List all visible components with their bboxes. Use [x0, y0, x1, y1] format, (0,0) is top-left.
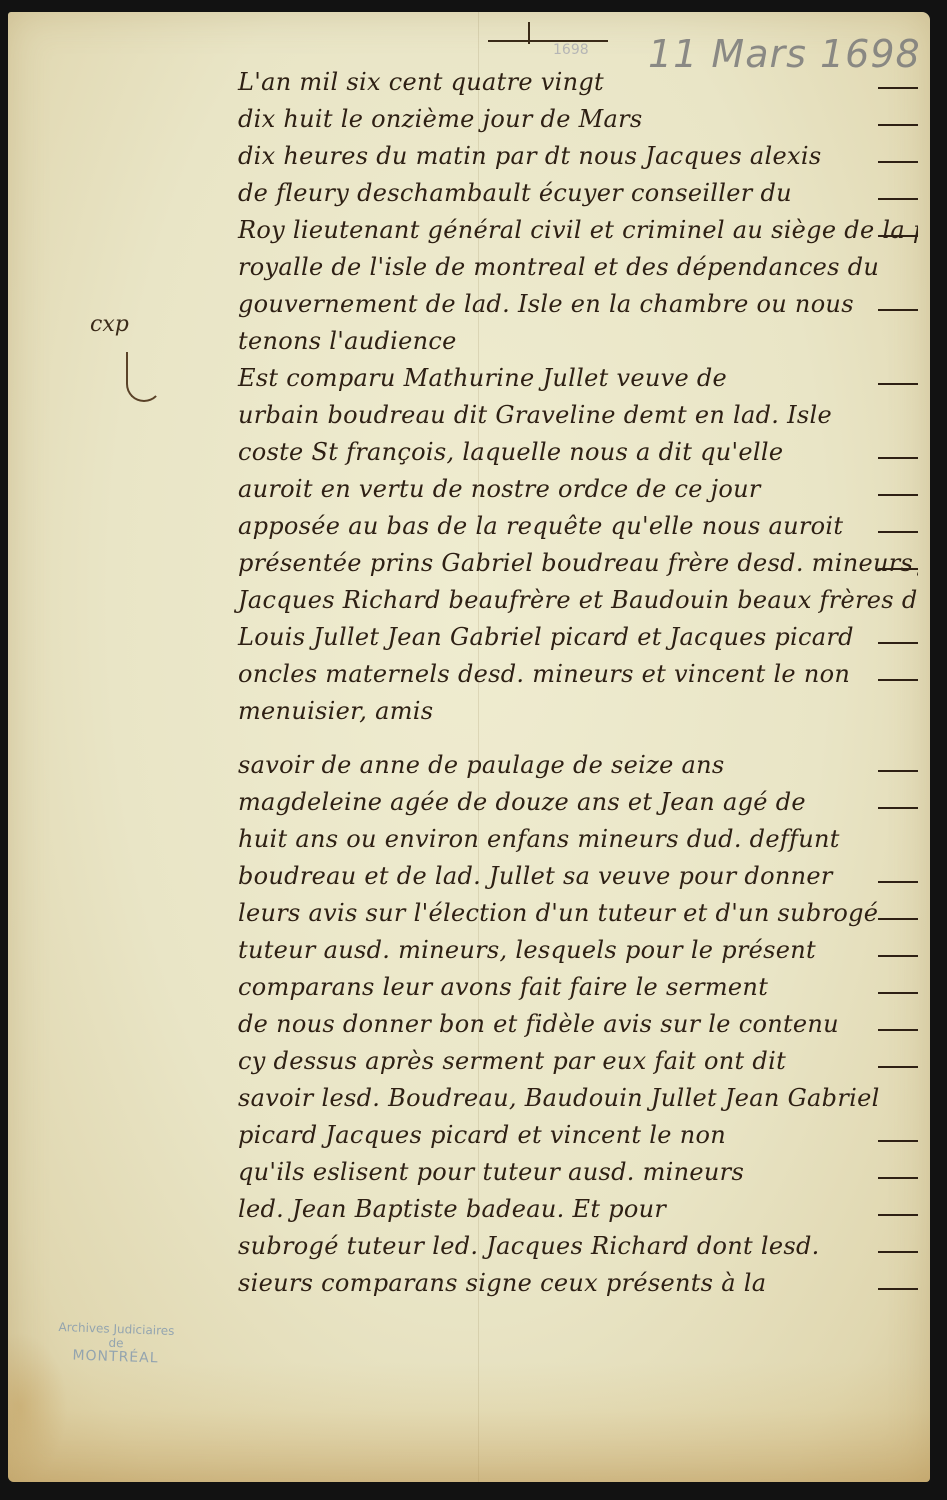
text-line: oncles maternels desd. mineurs et vincen… [208, 659, 918, 689]
text-line: comparans leur avons fait faire le serme… [208, 972, 918, 1002]
archives-stamp: Archives Judiciaires de MONTRÉAL [57, 1320, 174, 1366]
text-line: savoir de anne de paulage de seize ans [208, 750, 918, 780]
faint-pencil-number: 1698 [553, 42, 589, 58]
text-line: dix heures du matin par dt nous Jacques … [208, 141, 918, 171]
text-line: tenons l'audience [208, 326, 918, 356]
margin-note: cxp [90, 312, 129, 337]
text-line: sieurs comparans signe ceux présents à l… [208, 1268, 918, 1298]
text-line: apposée au bas de la requête qu'elle nou… [208, 511, 918, 541]
text-line: boudreau et de lad. Jullet sa veuve pour… [208, 861, 918, 891]
text-line: gouvernement de lad. Isle en la chambre … [208, 289, 918, 319]
text-line: menuisier, amis [208, 696, 918, 726]
text-line: savoir lesd. Boudreau, Baudouin Jullet J… [208, 1083, 918, 1113]
text-line: présentée prins Gabriel boudreau frère d… [208, 548, 918, 578]
text-line: subrogé tuteur led. Jacques Richard dont… [208, 1231, 918, 1261]
text-line: auroit en vertu de nostre ordce de ce jo… [208, 474, 918, 504]
text-line: de nous donner bon et fidèle avis sur le… [208, 1009, 918, 1039]
text-line: L'an mil six cent quatre vingt [208, 67, 918, 97]
text-line: cy dessus après serment par eux fait ont… [208, 1046, 918, 1076]
text-line: Louis Jullet Jean Gabriel picard et Jacq… [208, 622, 918, 652]
text-line: dix huit le onzième jour de Mars [208, 104, 918, 134]
text-line: huit ans ou environ enfans mineurs dud. … [208, 824, 918, 854]
text-line: Jacques Richard beaufrère et Baudouin be… [208, 585, 918, 615]
manuscript-page: 1698 11 Mars 1698 cxp L'an mil six cent … [8, 12, 930, 1482]
text-line: de fleury deschambault écuyer conseiller… [208, 178, 918, 208]
text-line: leurs avis sur l'élection d'un tuteur et… [208, 898, 918, 928]
text-line: Est comparu Mathurine Jullet veuve de [208, 363, 918, 393]
text-line: magdeleine agée de douze ans et Jean agé… [208, 787, 918, 817]
text-line: led. Jean Baptiste badeau. Et pour [208, 1194, 918, 1224]
cross-mark-icon [488, 40, 608, 42]
text-line: picard Jacques picard et vincent le non [208, 1120, 918, 1150]
handwritten-text-body: L'an mil six cent quatre vingt dix huit … [208, 67, 918, 1305]
text-line: tuteur ausd. mineurs, lesquels pour le p… [208, 935, 918, 965]
margin-flourish-icon [126, 352, 162, 402]
text-line: coste St françois, laquelle nous a dit q… [208, 437, 918, 467]
text-line: urbain boudreau dit Graveline demt en la… [208, 400, 918, 430]
water-stain-bottom [8, 1362, 930, 1482]
text-line: qu'ils eslisent pour tuteur ausd. mineur… [208, 1157, 918, 1187]
text-line: Roy lieutenant général civil et criminel… [208, 215, 918, 245]
text-line: royalle de l'isle de montreal et des dép… [208, 252, 918, 282]
stamp-line-3: MONTRÉAL [57, 1348, 173, 1366]
